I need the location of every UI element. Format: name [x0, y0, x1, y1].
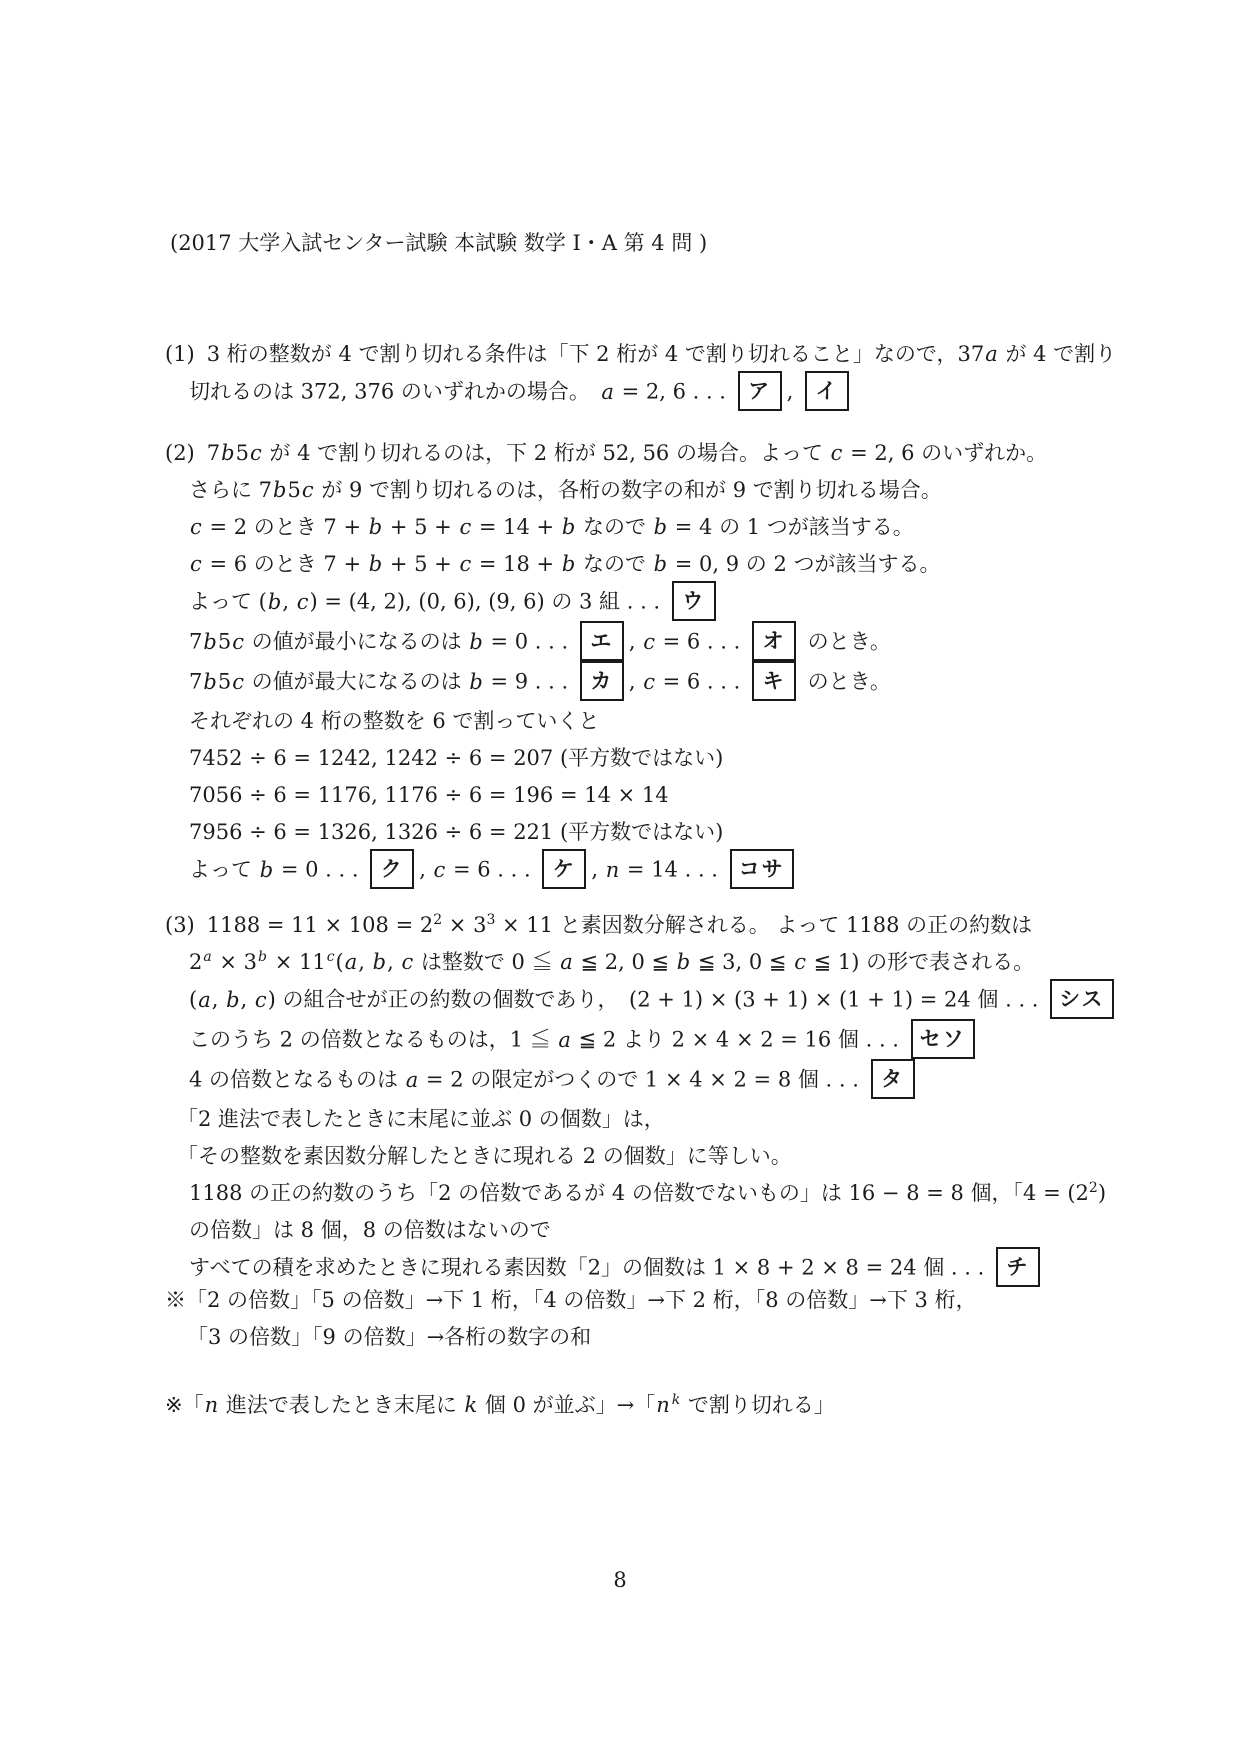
text-run: で割り切れる」: [681, 1393, 835, 1417]
math-var: k: [464, 1393, 479, 1417]
text-run: 「3 の倍数」「9 の倍数」→各桁の数字の和: [187, 1325, 591, 1349]
text-run: ※「: [165, 1393, 204, 1417]
math-var: n: [655, 1393, 671, 1417]
text-run: 進法で表したとき末尾に: [219, 1393, 463, 1417]
page-number: 8: [0, 1568, 1240, 1592]
math-var: n: [204, 1393, 220, 1417]
solution-line: 「3 の倍数」「9 の倍数」→各桁の数字の和: [187, 1319, 977, 1356]
solution-line: ※「2 の倍数」「5 の倍数」→下 1 桁，「4 の倍数」→下 2 桁，「8 の…: [165, 1282, 977, 1319]
solution-line: ※「n 進法で表したとき末尾に k 個 0 が並ぶ」→「nk で割り切れる」: [165, 1387, 835, 1424]
document-page: (2017 大学入試センター試験 本試験 数学 I・A 第 4 問 ) (1)3…: [0, 0, 1240, 1753]
superscript-var: k: [671, 1392, 681, 1408]
text-run: ※「2 の倍数」「5 の倍数」→下 1 桁，「4 の倍数」→下 2 桁，「8 の…: [165, 1288, 977, 1312]
text-run: 個 0 が並ぶ」→「: [478, 1393, 655, 1417]
notes: ※「2 の倍数」「5 の倍数」→下 1 桁，「4 の倍数」→下 2 桁，「8 の…: [0, 0, 1240, 1753]
note-1: ※「2 の倍数」「5 の倍数」→下 1 桁，「4 の倍数」→下 2 桁，「8 の…: [165, 1282, 977, 1356]
note-2: ※「n 進法で表したとき末尾に k 個 0 が並ぶ」→「nk で割り切れる」: [165, 1387, 835, 1424]
